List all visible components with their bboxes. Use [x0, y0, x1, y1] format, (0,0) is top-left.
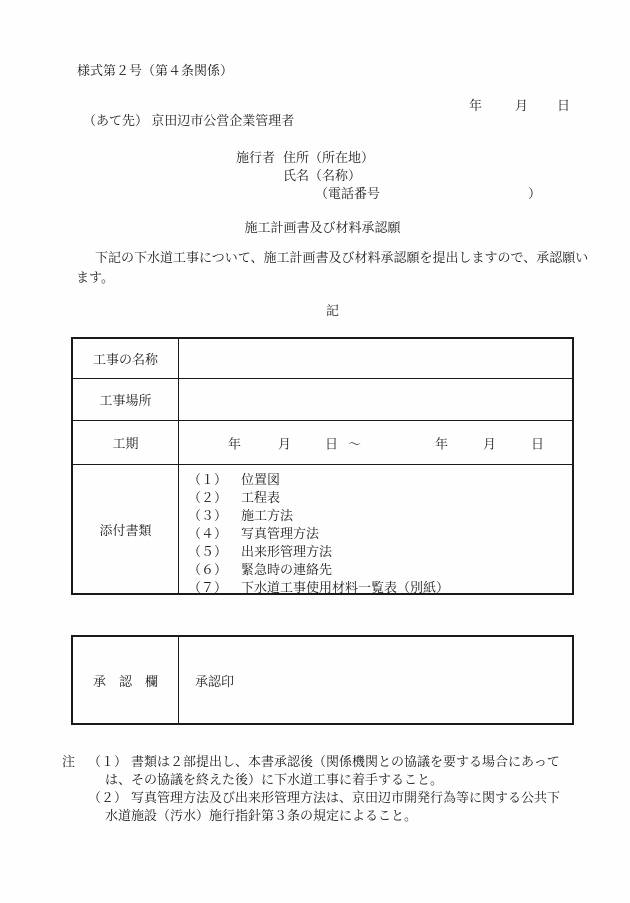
note-2-line-1: 写真管理方法及び出来形管理方法は、京田辺市開発行為等に関する公共下: [131, 790, 560, 805]
work-period-value-cell: 年 月 日 ～ 年 月 日: [179, 421, 572, 464]
form-number: 様式第２号（第４条関係）: [77, 63, 233, 78]
notes-marker: 注: [62, 754, 75, 769]
applicant-phone-close-paren: ）: [528, 186, 541, 201]
document-title: 施工計画書及び材料承認願: [72, 217, 573, 236]
attachment-item-text: 写真管理方法: [241, 523, 319, 542]
attachment-item-text: 下水道工事使用材料一覧表（別紙）: [241, 577, 449, 596]
attachment-item-text: 位置図: [241, 469, 280, 488]
table-row-work-place: 工事場所: [73, 378, 572, 420]
attachment-item: （２） 工程表: [188, 487, 572, 505]
ki-mark: 記: [326, 303, 339, 318]
attachment-item-number: （７）: [188, 577, 241, 596]
document-page: 様式第２号（第４条関係） 年 月 日 （あて先） 京田辺市公営企業管理者 施行者…: [0, 0, 630, 903]
attachment-item-number: （３）: [188, 505, 241, 524]
table-row-work-period: 工期 年 月 日 ～ 年 月 日: [73, 420, 572, 464]
attachment-item-text: 施工方法: [241, 505, 293, 524]
attachment-item-number: （１）: [188, 469, 241, 488]
period-tilde: ～: [348, 433, 361, 452]
period-day-1-label: 日: [325, 433, 338, 452]
work-name-value-cell: [179, 339, 572, 378]
approval-table: 承 認 欄 承認印: [71, 635, 574, 725]
addressee-line: （あて先） 京田辺市公営企業管理者: [83, 113, 294, 128]
applicant-address-label: 住所（所在地）: [283, 150, 374, 165]
attachments-label-cell: 添付書類: [73, 465, 179, 593]
note-2-number: （２）: [88, 790, 127, 805]
table-row-work-name: 工事の名称: [73, 339, 572, 378]
attachment-item: （５） 出来形管理方法: [188, 541, 572, 559]
period-year-1-label: 年: [228, 433, 241, 452]
note-1-line-2: は、その協議を終えた後）に下水道工事に着手すること。: [105, 772, 443, 787]
attachments-list: （１） 位置図 （２） 工程表 （３） 施工方法 （４） 写真管理方法 （５）: [179, 465, 572, 593]
period-month-2-label: 月: [483, 433, 496, 452]
applicant-role-label: 施行者: [236, 150, 275, 165]
attachment-item-number: （６）: [188, 559, 241, 578]
work-place-label-cell: 工事場所: [73, 379, 179, 420]
note-2-line-2: 水道施設（汚水）施行指針第３条の規定によること。: [105, 808, 417, 823]
attachment-item: （１） 位置図: [188, 469, 572, 487]
approval-stamp-cell: 承認印: [179, 637, 572, 723]
work-place-value-cell: [179, 379, 572, 420]
attachment-item: （７） 下水道工事使用材料一覧表（別紙）: [188, 577, 572, 595]
approval-label: 承 認 欄: [93, 671, 158, 690]
attachment-item-text: 工程表: [241, 487, 280, 506]
work-name-label: 工事の名称: [93, 349, 158, 368]
date-day-label: 日: [557, 98, 570, 113]
approval-stamp-label: 承認印: [195, 671, 234, 690]
period-year-2-label: 年: [435, 433, 448, 452]
attachment-item-number: （５）: [188, 541, 241, 560]
attachment-item: （６） 緊急時の連絡先: [188, 559, 572, 577]
attachment-item-number: （２）: [188, 487, 241, 506]
attachment-item-text: 緊急時の連絡先: [241, 559, 332, 578]
note-1-number: （１）: [88, 754, 127, 769]
approval-label-cell: 承 認 欄: [73, 637, 179, 723]
body-paragraph-line-2: ます。: [76, 270, 114, 285]
work-name-label-cell: 工事の名称: [73, 339, 179, 378]
attachment-item: （４） 写真管理方法: [188, 523, 572, 541]
date-month-label: 月: [515, 98, 528, 113]
attachment-item: （３） 施工方法: [188, 505, 572, 523]
body-paragraph-line-1: 下記の下水道工事について、施工計画書及び材料承認願を提出しますので、承認願い: [95, 250, 588, 265]
work-period-label: 工期: [112, 433, 138, 452]
attachment-item-text: 出来形管理方法: [241, 541, 332, 560]
note-1-line-1: 書類は２部提出し、本書承認後（関係機関との協議を要する場合にあって: [131, 754, 560, 769]
work-period-label-cell: 工期: [73, 421, 179, 464]
work-place-label: 工事場所: [99, 390, 151, 409]
work-details-table: 工事の名称 工事場所 工期 年 月 日 ～ 年 月 日: [71, 337, 574, 595]
applicant-phone-label: （電話番号: [315, 186, 380, 201]
date-year-label: 年: [469, 98, 482, 113]
table-row-attachments: 添付書類 （１） 位置図 （２） 工程表 （３） 施工方法 （４） 写真管理方法: [73, 464, 572, 593]
period-day-2-label: 日: [531, 433, 544, 452]
applicant-name-label: 氏名（名称）: [283, 168, 361, 183]
attachment-item-number: （４）: [188, 523, 241, 542]
period-month-1-label: 月: [278, 433, 291, 452]
attachments-label: 添付書類: [99, 520, 151, 539]
